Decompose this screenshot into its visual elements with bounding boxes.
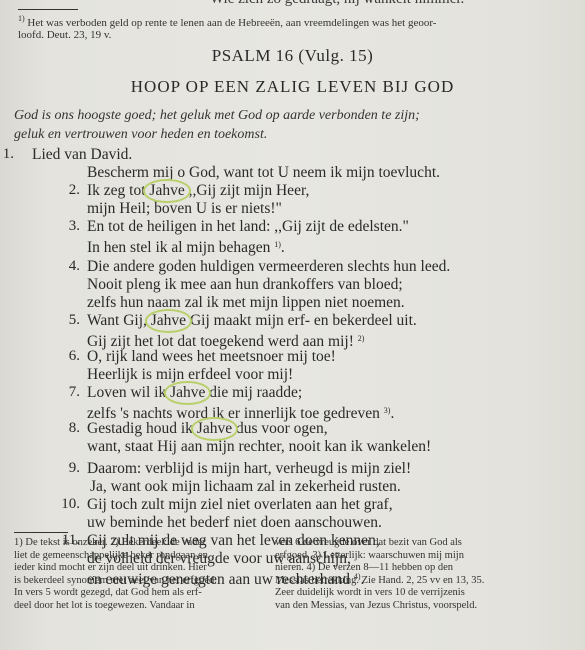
highlighted-word: Jahve [149,182,184,200]
highlighted-word: Jahve [170,384,205,402]
previous-verse-partial: Wie zich zo gedraagt, hij wankelt nimmer… [210,0,464,8]
highlighted-word: Jahve [151,312,186,330]
footnotes-left-column: 1) De tekst is onzeker. 2) Bekerdeel: de… [14,537,217,613]
footnote-divider-bottom [14,532,68,533]
top-footnote: 1) Het was verboden geld op rente te len… [18,13,436,41]
psalm-summary: God is ons hoogste goed; het geluk met G… [14,106,420,144]
psalm-title: PSALM 16 (Vulg. 15) [0,46,585,66]
highlighted-word: Jahve [197,420,232,438]
psalm-subtitle: HOOP OP EEN ZALIG LEVEN BIJ GOD [0,77,585,97]
footnote-divider [18,9,78,10]
footnotes-right-column: vers 6 de vreugde over dat bezit van God… [275,537,484,613]
